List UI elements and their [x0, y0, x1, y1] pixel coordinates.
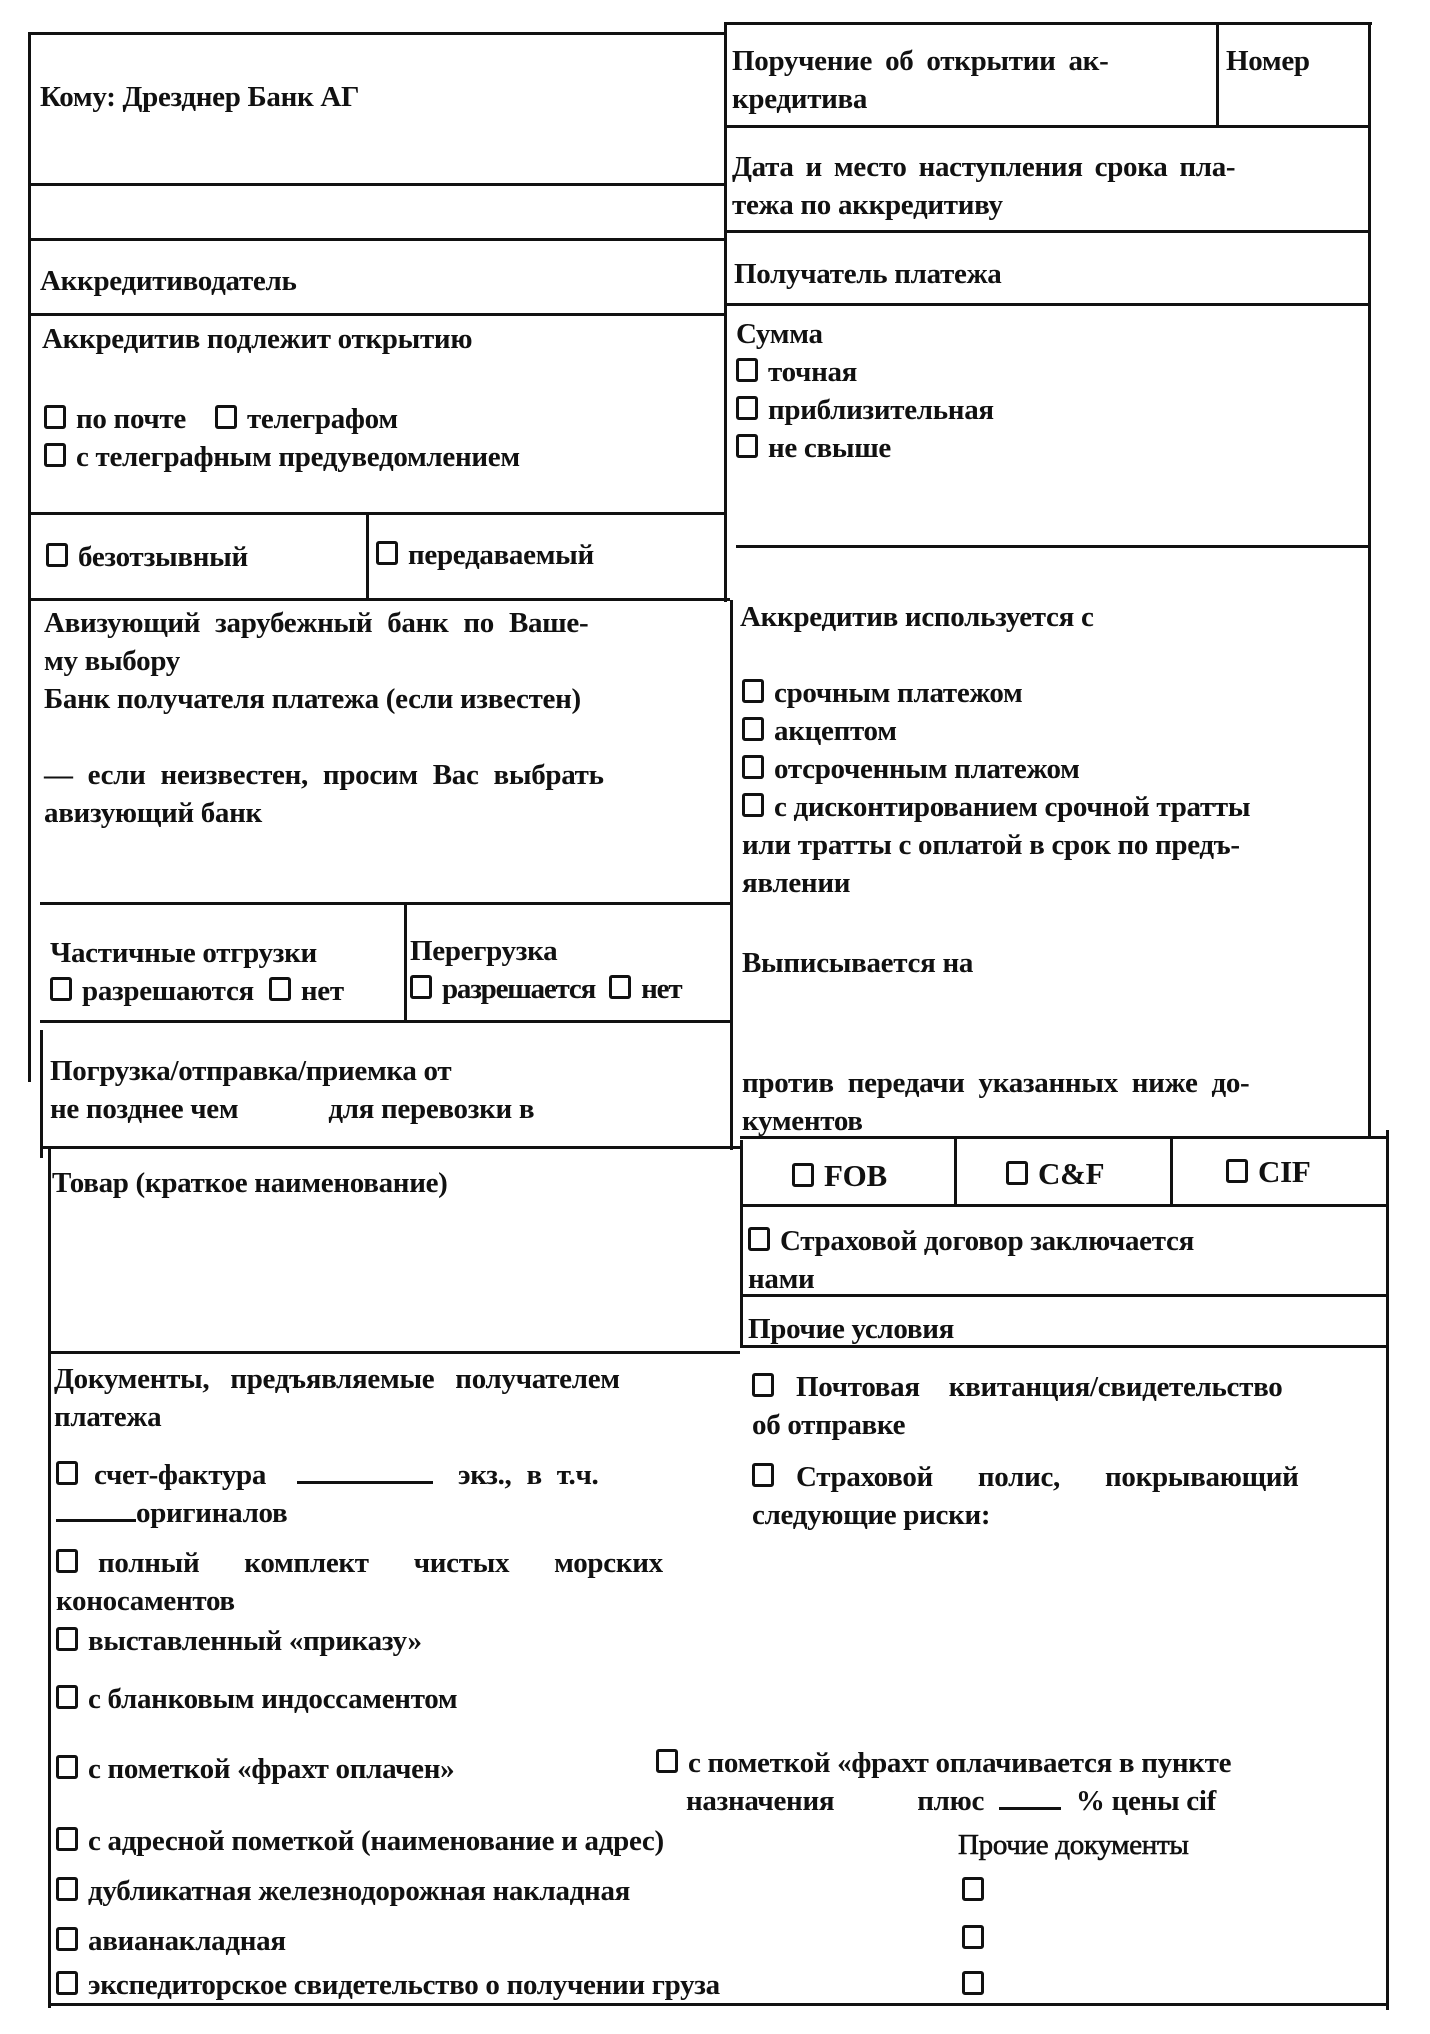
loading-section[interactable]: Погрузка/отправка/приемка от не позднее … — [50, 1052, 534, 1128]
opening-advice-checkbox[interactable]: с телеграфным предуведомлением — [44, 438, 520, 476]
left-v-partial — [404, 902, 407, 1022]
opening-title: Аккредитив подлежит открытию — [42, 320, 472, 358]
order-title-line1: Поручение об открытии ак- — [732, 42, 1108, 80]
checkbox-icon — [56, 1877, 78, 1901]
frame-left-2 — [40, 1030, 43, 1158]
checkbox-icon — [269, 977, 291, 1001]
frame-top-left — [28, 32, 724, 35]
amount-title: Сумма — [736, 315, 994, 353]
invoice-copies-input[interactable] — [297, 1461, 433, 1484]
advising-line5: авизующий банк — [44, 794, 604, 832]
drawn-on-label: Выписывается на — [742, 947, 973, 979]
left-h-9 — [48, 1351, 740, 1354]
checkbox-icon — [962, 1925, 984, 1949]
checkbox-icon — [56, 1461, 78, 1485]
against-line2: кументов — [742, 1102, 1249, 1140]
air-waybill-checkbox[interactable]: авианакладная — [56, 1922, 286, 1960]
checkbox-icon — [736, 396, 758, 420]
cif-percent-input[interactable] — [999, 1787, 1061, 1810]
other-document-2-checkbox[interactable] — [962, 1920, 994, 1958]
checkbox-icon — [742, 755, 764, 779]
other-document-1-checkbox[interactable] — [962, 1872, 994, 1910]
left-h-7 — [40, 1020, 732, 1023]
checkbox-icon — [742, 717, 764, 741]
left-h-5 — [28, 598, 730, 601]
number-label: Номер — [1226, 45, 1310, 77]
loading-latest: не позднее чем — [50, 1093, 238, 1125]
beneficiary-field[interactable]: Получатель платежа — [734, 255, 1002, 293]
checkbox-icon — [1226, 1159, 1248, 1183]
checkbox-icon — [56, 1971, 78, 1995]
usage-cont-line2: явлении — [742, 864, 1250, 902]
usage-sight-checkbox[interactable]: срочным платежом — [742, 674, 1250, 712]
to-order-checkbox[interactable]: выставленный «приказу» — [56, 1622, 422, 1660]
left-v-irrevocable — [366, 512, 369, 600]
frame-right — [1368, 22, 1371, 1137]
right-h-4 — [736, 545, 1368, 548]
against-line1: против передачи указанных ниже до- — [742, 1064, 1249, 1102]
checkbox-icon — [962, 1877, 984, 1901]
other-document-3-checkbox[interactable] — [962, 1966, 994, 2004]
checkbox-icon — [50, 977, 72, 1001]
checkbox-icon — [656, 1749, 678, 1773]
documents-title: Документы, предъявляемые получателем пла… — [54, 1360, 620, 1436]
amount-section: Сумма точная приблизительная не свыше — [736, 315, 994, 467]
usage-cont-line1: или тратты с оплатой в срок по предъ- — [742, 826, 1250, 864]
applicant-field[interactable]: Аккредитиводатель — [40, 262, 296, 300]
opening-mail-checkbox[interactable]: по почте — [44, 403, 186, 435]
advising-line2: му выбору — [44, 642, 604, 680]
amount-exact-checkbox[interactable]: точная — [736, 353, 994, 391]
checkbox-icon — [215, 405, 237, 429]
advising-line4: — если неизвестен, просим Вас выбрать — [44, 756, 604, 794]
goods-label: Товар (краткое наименование) — [52, 1167, 448, 1199]
checkbox-icon — [410, 975, 432, 999]
right-v-fob — [954, 1136, 957, 1206]
checkbox-icon — [736, 434, 758, 458]
frame-top-right — [724, 22, 1372, 25]
usage-options: срочным платежом акцептом отсроченным пл… — [742, 674, 1250, 902]
incoterm-fob-checkbox[interactable]: FOB — [792, 1157, 887, 1195]
checkbox-icon — [56, 1685, 78, 1709]
rail-waybill-checkbox[interactable]: дубликатная железнодорожная накладная — [56, 1872, 630, 1910]
advising-line1: Авизующий зарубежный банк по Ваше- — [44, 604, 604, 642]
beneficiary-label: Получатель платежа — [734, 258, 1002, 290]
to-label: Кому: Дрезднер Банк АГ — [40, 81, 359, 113]
checkbox-icon — [56, 1549, 78, 1573]
partial-title: Частичные отгрузки — [50, 934, 344, 972]
postal-receipt-checkbox[interactable]: Почтовая квитанция/свидетельство об отпр… — [752, 1368, 1282, 1444]
bill-of-lading-checkbox[interactable]: полный комплект чистых морских коносамен… — [56, 1544, 663, 1620]
number-field[interactable]: Номер — [1226, 42, 1310, 80]
goods-field[interactable]: Товар (краткое наименование) — [52, 1164, 448, 1202]
other-documents-title: Прочие документы — [958, 1826, 1189, 1864]
insurance-contract-checkbox[interactable]: Страховой договор заключается нами — [748, 1222, 1194, 1298]
left-h-6 — [40, 902, 732, 905]
usage-deferred-checkbox[interactable]: отсроченным платежом — [742, 750, 1250, 788]
right-h-6 — [740, 1204, 1389, 1207]
checkbox-icon — [44, 405, 66, 429]
order-title-line2: кредитива — [732, 80, 1108, 118]
center-divider-2 — [730, 600, 733, 1150]
opening-options: по почте телеграфом с телеграфным предув… — [44, 400, 520, 476]
due-date-field[interactable]: Дата и место наступления срока пла- тежа… — [732, 148, 1235, 224]
blank-endorsed-checkbox[interactable]: с бланковым индоссаментом — [56, 1680, 457, 1718]
right-v-cf — [1170, 1136, 1173, 1206]
insurance-policy-checkbox[interactable]: Страховой полис, покрывающий следующие р… — [752, 1458, 1299, 1534]
usage-section: Аккредитив используется с — [740, 598, 1094, 636]
checkbox-icon — [56, 1827, 78, 1851]
right-v-number — [1216, 22, 1219, 128]
due-date-line2: тежа по аккредитиву — [732, 186, 1235, 224]
transshipment-title: Перегрузка — [410, 932, 681, 970]
amount-max-checkbox[interactable]: не свыше — [736, 429, 994, 467]
transshipment-allowed-checkbox[interactable]: разрешается — [410, 973, 595, 1005]
checkbox-icon — [44, 443, 66, 467]
applicant-label: Аккредитиводатель — [40, 265, 296, 297]
checkbox-icon — [376, 541, 398, 565]
left-h-1 — [28, 183, 724, 186]
partial-allowed-checkbox[interactable]: разрешаются — [50, 975, 254, 1007]
checkbox-icon — [792, 1163, 814, 1187]
incoterm-cf-checkbox[interactable]: C&F — [1006, 1155, 1104, 1193]
checkbox-icon — [1006, 1161, 1028, 1185]
checkbox-icon — [742, 793, 764, 817]
right-h-3 — [724, 303, 1371, 306]
frame-right-lower — [1386, 1130, 1389, 2010]
irrevocable-checkbox[interactable]: безотзывный — [46, 538, 248, 576]
usage-discount-checkbox[interactable]: с дисконтированием срочной тратты — [742, 788, 1250, 826]
advising-bank-section[interactable]: Авизующий зарубежный банк по Ваше- му вы… — [44, 604, 604, 832]
partial-section: Частичные отгрузки разрешаются нет — [50, 934, 344, 1010]
other-conditions-label: Прочие условия — [748, 1313, 954, 1345]
checkbox-icon — [56, 1627, 78, 1651]
left-h-4 — [28, 512, 726, 515]
incoterm-cif-checkbox[interactable]: CIF — [1226, 1153, 1311, 1191]
opening-section: Аккредитив подлежит открытию — [42, 320, 472, 358]
loading-line1: Погрузка/отправка/приемка от — [50, 1052, 534, 1090]
frame-left-1 — [28, 32, 31, 1082]
checkbox-icon — [56, 1927, 78, 1951]
checkbox-icon — [609, 975, 631, 999]
checkbox-icon — [752, 1373, 774, 1397]
usage-acceptance-checkbox[interactable]: акцептом — [742, 712, 1250, 750]
invoice-checkbox[interactable]: счет-фактура экз., в т.ч. оригиналов — [56, 1456, 599, 1532]
checkbox-icon — [736, 358, 758, 382]
due-date-line1: Дата и место наступления срока пла- — [732, 148, 1235, 186]
order-title: Поручение об открытии ак- кредитива — [732, 42, 1108, 118]
advising-line3: Банк получателя платежа (если известен) — [44, 680, 604, 718]
freight-destination-checkbox[interactable]: с пометкой «фрахт оплачивается в пункте … — [656, 1744, 1231, 1820]
checkbox-icon — [46, 543, 68, 567]
center-divider-1 — [724, 22, 727, 602]
partial-no-checkbox[interactable]: нет — [269, 975, 344, 1007]
opening-telegraph-checkbox[interactable]: телеграфом — [215, 403, 398, 435]
to-extra-field[interactable] — [32, 188, 720, 236]
left-h-2 — [28, 238, 724, 241]
checkbox-icon — [748, 1227, 770, 1251]
to-field[interactable]: Кому: Дрезднер Банк АГ — [40, 78, 359, 116]
transshipment-section: Перегрузка разрешается нет — [410, 932, 681, 1008]
checkbox-icon — [752, 1463, 774, 1487]
left-h-3 — [28, 313, 724, 316]
right-h-2 — [724, 230, 1371, 233]
forwarder-receipt-checkbox[interactable]: экспедиторское свидетельство о получении… — [56, 1966, 720, 2004]
frame-left-3 — [48, 1148, 51, 2008]
usage-title: Аккредитив используется с — [740, 598, 1094, 636]
drawn-on-field[interactable]: Выписывается на — [742, 944, 973, 982]
invoice-originals-input[interactable] — [56, 1499, 136, 1522]
checkbox-icon — [742, 679, 764, 703]
other-conditions-field[interactable]: Прочие условия — [748, 1310, 954, 1348]
loading-destination: для перевозки в — [328, 1093, 534, 1125]
right-h-1 — [724, 125, 1371, 128]
checkbox-icon — [56, 1755, 78, 1779]
transshipment-no-checkbox[interactable]: нет — [609, 973, 681, 1005]
transferable-checkbox[interactable]: передаваемый — [376, 536, 594, 574]
address-mark-checkbox[interactable]: с адресной пометкой (наименование и адре… — [56, 1822, 664, 1860]
checkbox-icon — [962, 1971, 984, 1995]
center-divider-3 — [740, 1140, 743, 1348]
amount-approx-checkbox[interactable]: приблизительная — [736, 391, 994, 429]
freight-paid-checkbox[interactable]: с пометкой «фрахт оплачен» — [56, 1750, 454, 1788]
left-h-8 — [40, 1146, 740, 1149]
against-docs: против передачи указанных ниже до- кумен… — [742, 1064, 1249, 1140]
